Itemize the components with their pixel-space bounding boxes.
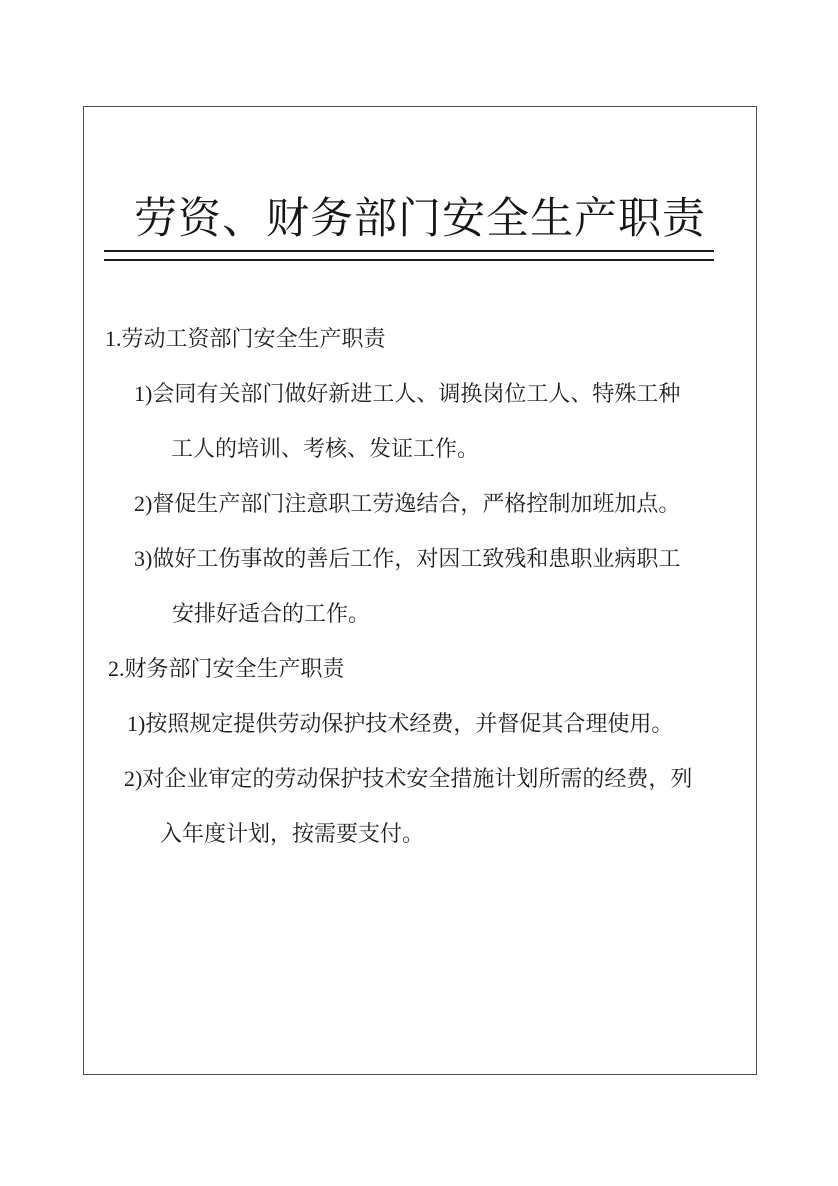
document-line: 2)对企业审定的劳动保护技术安全措施计划所需的经费，列 bbox=[84, 751, 756, 806]
document-frame: 劳资、财务部门安全生产职责 1.劳动工资部门安全生产职责 1)会同有关部门做好新… bbox=[83, 106, 757, 1075]
document-body: 1.劳动工资部门安全生产职责 1)会同有关部门做好新进工人、调换岗位工人、特殊工… bbox=[84, 311, 756, 861]
document-line: 1)按照规定提供劳动保护技术经费，并督促其合理使用。 bbox=[84, 696, 756, 751]
document-title: 劳资、财务部门安全生产职责 bbox=[84, 185, 756, 246]
document-line: 3)做好工伤事故的善后工作，对因工致残和患职业病职工 bbox=[84, 531, 756, 586]
document-line: 1)会同有关部门做好新进工人、调换岗位工人、特殊工种 bbox=[84, 366, 756, 421]
document-line: 2)督促生产部门注意职工劳逸结合，严格控制加班加点。 bbox=[84, 476, 756, 531]
section-1-heading: 1.劳动工资部门安全生产职责 bbox=[84, 311, 756, 366]
page: { "document": { "title": "劳资、财务部门安全生产职责"… bbox=[0, 0, 838, 1186]
document-line: 安排好适合的工作。 bbox=[84, 586, 756, 641]
document-line: 入年度计划，按需要支付。 bbox=[84, 806, 756, 861]
section-2-heading: 2.财务部门安全生产职责 bbox=[84, 641, 756, 696]
title-double-rule bbox=[104, 250, 714, 261]
document-line: 工人的培训、考核、发证工作。 bbox=[84, 421, 756, 476]
